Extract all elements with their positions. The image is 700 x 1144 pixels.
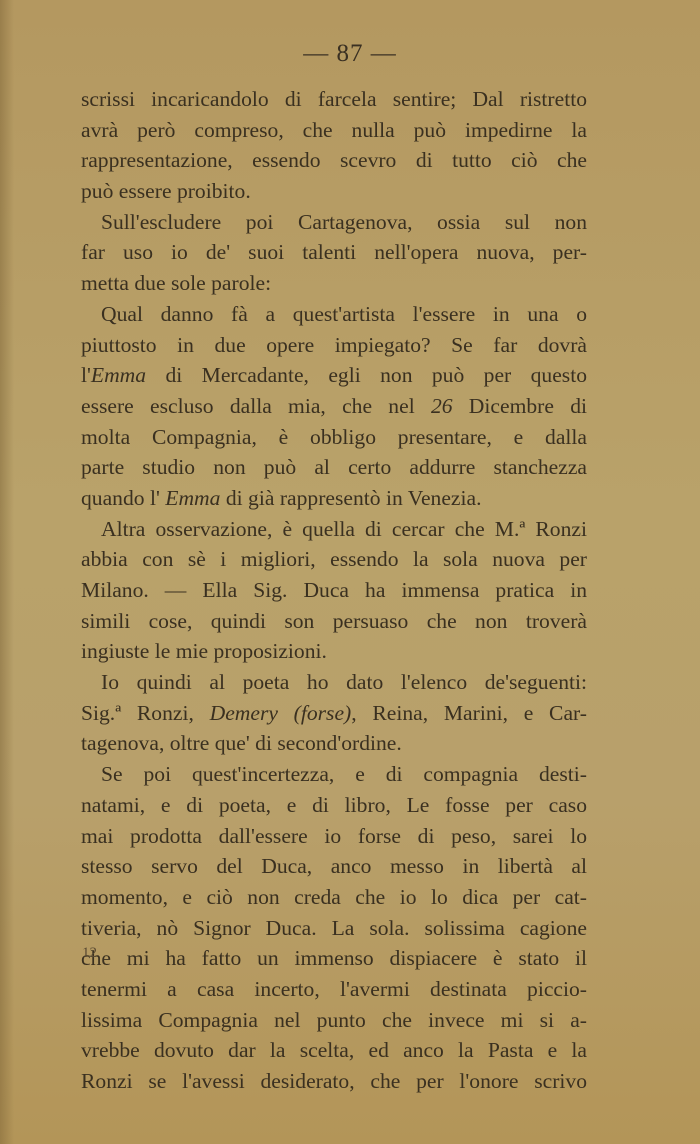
paragraph-start-line: Sull'escludere poi Cartagenova, ossia su… — [81, 207, 587, 238]
text-line: tagenova, oltre que' di second'ordine. — [81, 728, 587, 759]
paragraph-start-line: Se poi quest'incertezza, e di compagnia … — [81, 759, 587, 790]
text-line: rappresentazione, essendo scevro di tutt… — [81, 145, 587, 176]
italic-title: Emma — [165, 486, 220, 510]
page-number: — 87 — — [0, 40, 700, 68]
text-segment: l' — [81, 363, 91, 387]
text-line: tiveria, nò Signor Duca. La sola. soliss… — [81, 913, 587, 944]
text-line: momento, e ciò non creda che io lo dica … — [81, 882, 587, 913]
text-line: natami, e di poeta, e di libro, Le fosse… — [81, 790, 587, 821]
text-line-with-italic: Sig.ª Ronzi, Demery (forse), Reina, Mari… — [81, 698, 587, 729]
text-line-with-italic: l'Emma di Mercadante, egli non può per q… — [81, 360, 587, 391]
text-line: Milano. — Ella Sig. Duca ha immensa prat… — [81, 575, 587, 606]
page-edge-shadow — [0, 0, 14, 1144]
text-line: simili cose, quindi son persuaso che non… — [81, 606, 587, 637]
text-line: parte studio non può al certo addurre st… — [81, 452, 587, 483]
paragraph-start-line: Qual danno fà a quest'artista l'essere i… — [81, 299, 587, 330]
text-line-with-italic: quando l' Emma di già rappresentò in Ven… — [81, 483, 587, 514]
text-line: può essere proibito. — [81, 176, 587, 207]
text-line: avrà però compreso, che nulla può impedi… — [81, 115, 587, 146]
italic-name: Demery (forse) — [210, 701, 352, 725]
text-line: abbia con sè i migliori, essendo la sola… — [81, 544, 587, 575]
paragraph-start-line: Altra osservazione, è quella di cercar c… — [81, 514, 587, 545]
text-segment: , Reina, Marini, e Car- — [351, 701, 587, 725]
italic-title: Emma — [91, 363, 146, 387]
paragraph-start-line: Io quindi al poeta ho dato l'elenco de's… — [81, 667, 587, 698]
text-line: far uso io de' suoi talenti nell'opera n… — [81, 237, 587, 268]
text-line: molta Compagnia, è obbligo presentare, e… — [81, 422, 587, 453]
text-segment: essere escluso dalla mia, che nel — [81, 394, 431, 418]
text-line: mai prodotta dall'essere io forse di pes… — [81, 821, 587, 852]
text-line: metta due sole parole: — [81, 268, 587, 299]
text-line: piuttosto in due opere impiegato? Se far… — [81, 330, 587, 361]
text-line-with-italic: essere escluso dalla mia, che nel 26 Dic… — [81, 391, 587, 422]
text-line: tenermi a casa incerto, l'avermi destina… — [81, 974, 587, 1005]
text-line: scrissi incaricandolo di farcela sentire… — [81, 84, 587, 115]
text-line: Ronzi se l'avessi desiderato, che per l'… — [81, 1066, 587, 1097]
italic-date: 26 — [431, 394, 453, 418]
text-line: lissima Compagnia nel punto che invece m… — [81, 1005, 587, 1036]
signature-mark: 12 — [82, 945, 97, 962]
text-line: vrebbe dovuto dar la scelta, ed anco la … — [81, 1035, 587, 1066]
text-segment: di già rappresentò in Venezia. — [220, 486, 481, 510]
body-text: scrissi incaricandolo di farcela sentire… — [81, 84, 587, 1097]
text-line: ingiuste le mie proposizioni. — [81, 636, 587, 667]
text-line: stesso servo del Duca, anco messo in lib… — [81, 851, 587, 882]
text-segment: di Mercadante, egli non può per questo — [146, 363, 587, 387]
text-segment: Sig.ª Ronzi, — [81, 701, 210, 725]
text-line: che mi ha fatto un immenso dispiacere è … — [81, 943, 587, 974]
text-segment: Dicembre di — [453, 394, 587, 418]
text-segment: quando l' — [81, 486, 165, 510]
